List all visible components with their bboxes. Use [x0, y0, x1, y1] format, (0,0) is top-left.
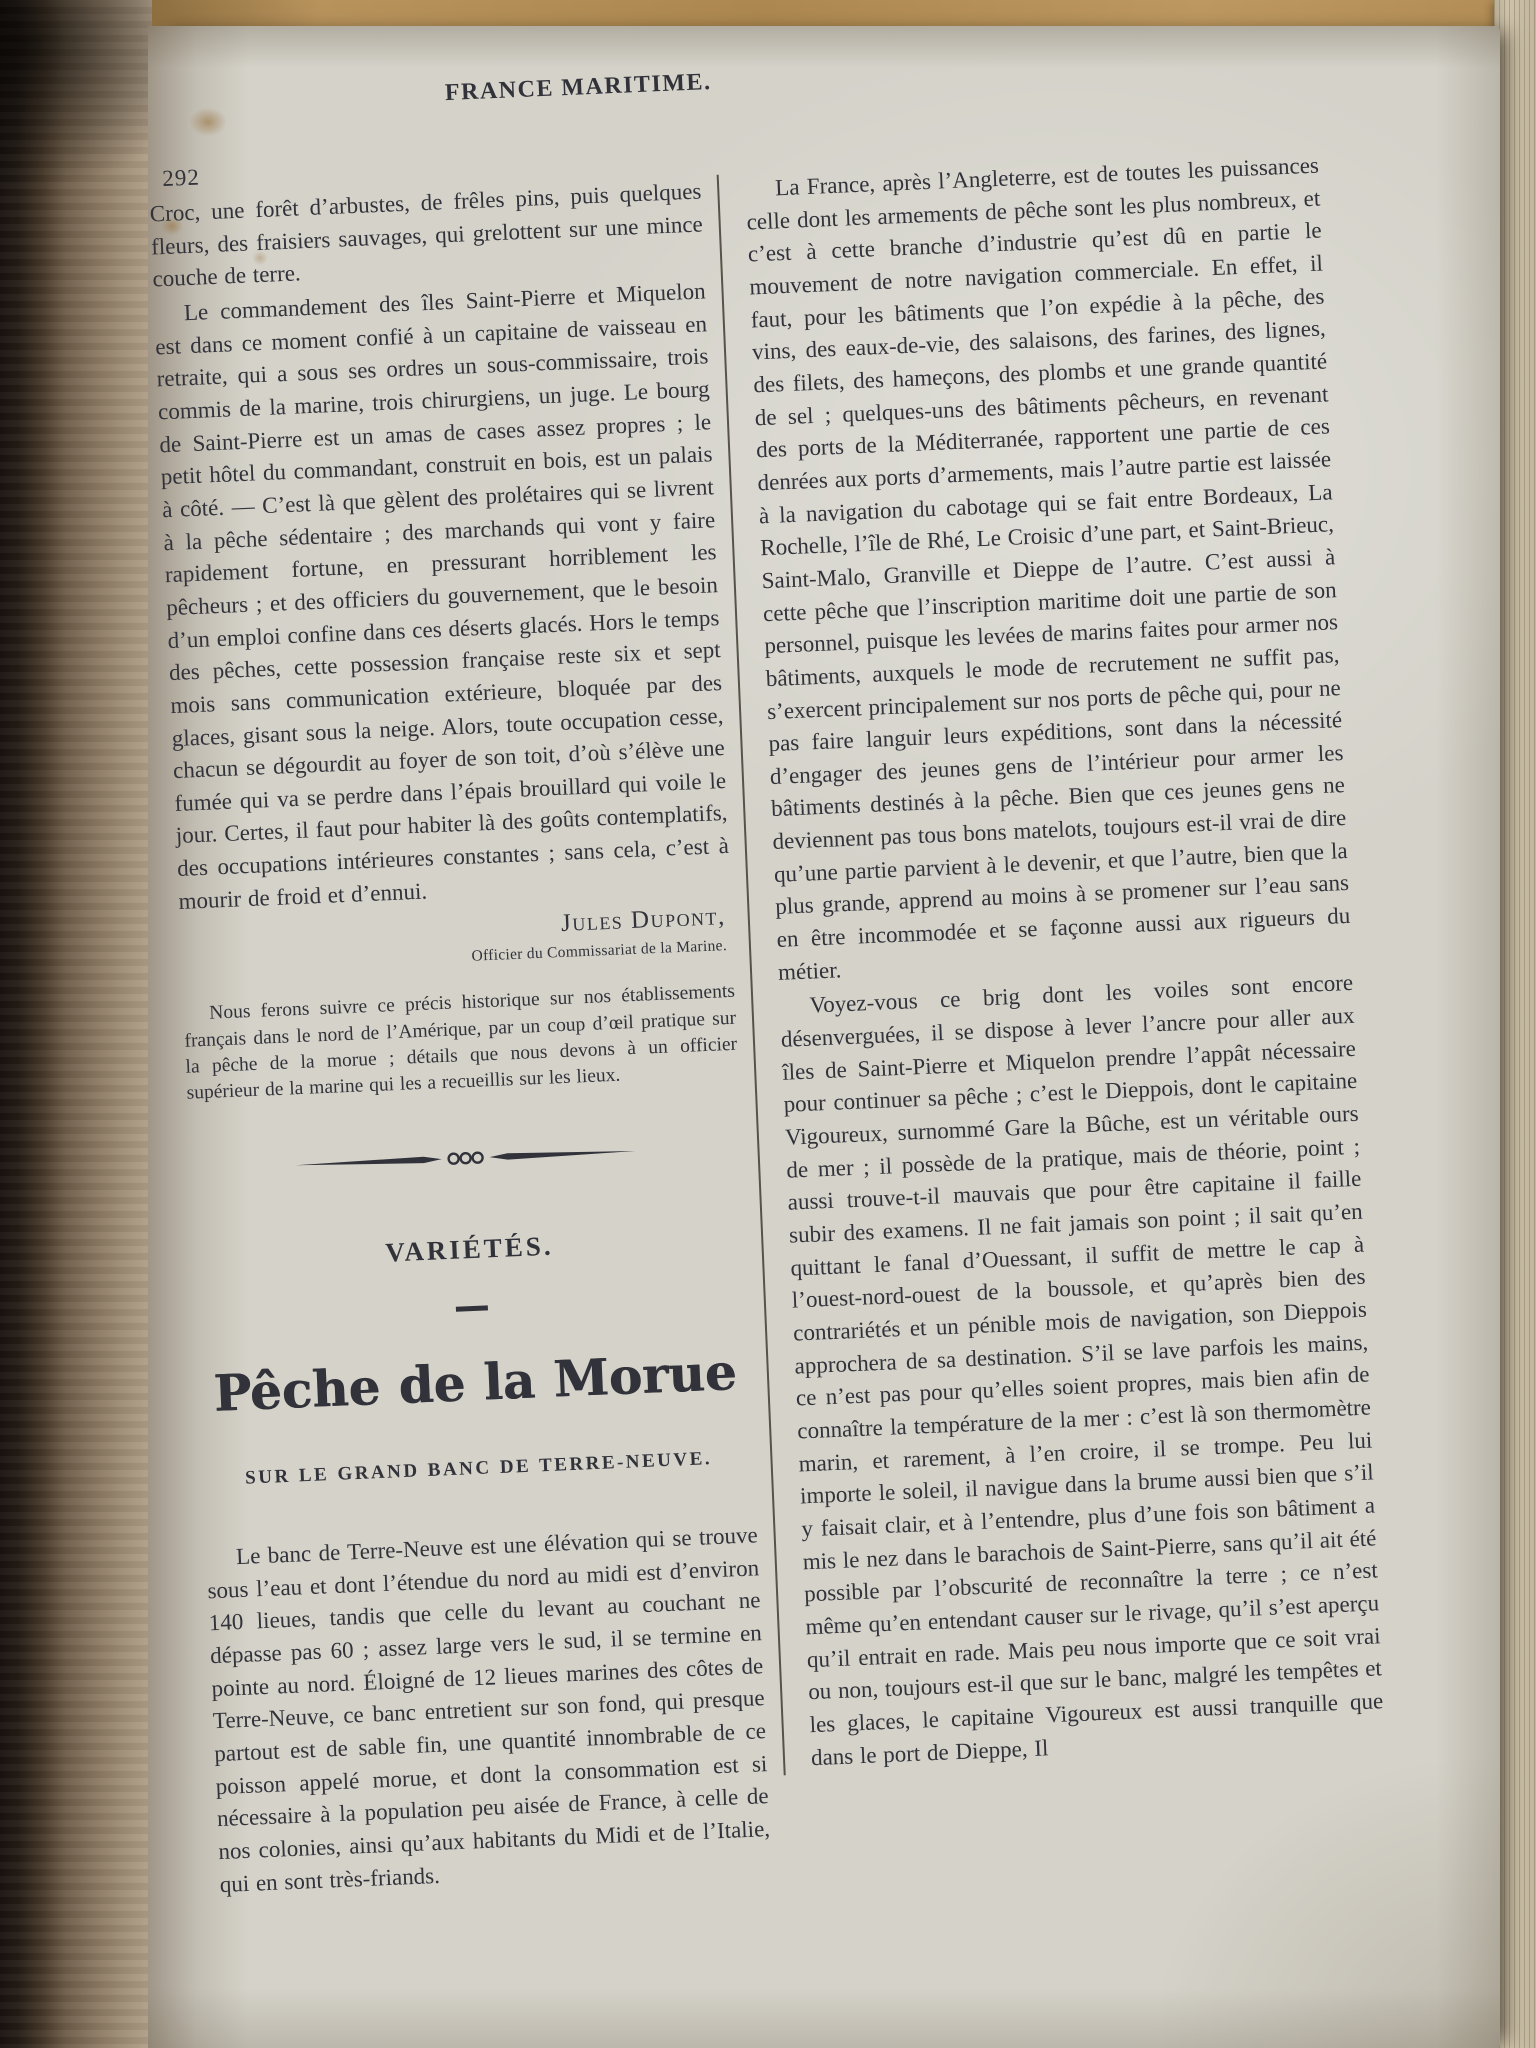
right-column: La France, après l’Angleterre, est de to… — [717, 150, 1386, 1776]
page-number: 292 — [162, 164, 201, 192]
section-heading: VARIÉTÉS. — [193, 1218, 746, 1279]
paragraph: Voyez-vous ce brig dont les voiles sont … — [779, 967, 1385, 1774]
text-columns: Croc, une forêt d’arbustes, de frêles pi… — [149, 147, 1459, 1902]
editor-note: Nous ferons suivre ce précis historique … — [183, 979, 739, 1107]
paragraph: Le commandement des îles Saint-Pierre et… — [153, 275, 730, 918]
book-binding-edge — [0, 0, 152, 2048]
paragraph: Le banc de Terre-Neuve est une élévation… — [205, 1519, 772, 1901]
article-subtitle: SUR LE GRAND BANC DE TERRE-NEUVE. — [202, 1444, 755, 1494]
page-content: 292 FRANCE MARITIME. Croc, une forêt d’a… — [148, 29, 1459, 1902]
book-fore-edge — [1494, 0, 1536, 2048]
running-title: FRANCE MARITIME. — [444, 69, 712, 107]
divider-ornament-icon — [295, 1143, 635, 1173]
book-photo: { "document": { "running_title": "FRANCE… — [0, 0, 1536, 2048]
left-column: Croc, une forêt d’arbustes, de frêles pi… — [149, 175, 772, 1901]
paragraph: La France, après l’Angleterre, est de to… — [745, 150, 1353, 990]
article-title: Pêche de la Morue — [198, 1343, 752, 1421]
scanned-page: 292 FRANCE MARITIME. Croc, une forêt d’a… — [148, 26, 1500, 2048]
section-dash-icon — [456, 1305, 488, 1311]
